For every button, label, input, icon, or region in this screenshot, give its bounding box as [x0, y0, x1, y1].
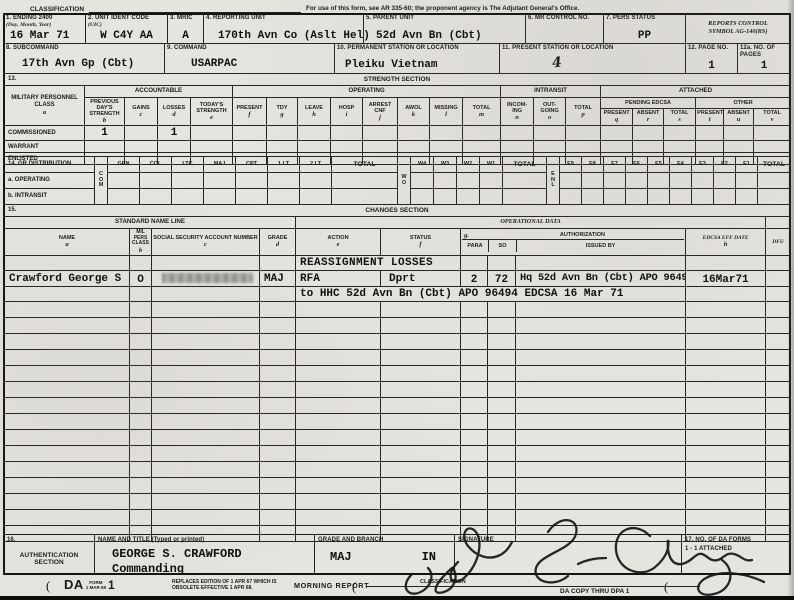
col-out-going: OUT- GOINGo: [534, 98, 566, 126]
footer-paren-left: (: [46, 578, 50, 594]
strength-cell: [267, 126, 298, 141]
col-wo-w4: W4: [411, 157, 434, 173]
strength-cell: [125, 126, 158, 141]
changes-row-empty: [5, 493, 791, 509]
col-authorization: g. AUTHORIZATION PARA SO ISSUED BY: [461, 229, 686, 256]
subcommand-value: 17th Avn Gp (Cbt): [22, 58, 134, 70]
col-wo: W O: [398, 157, 411, 205]
col-gen: GEN: [108, 157, 140, 173]
strength-cell: [664, 126, 696, 141]
strength-cell: [724, 126, 754, 141]
no-of-pages-value: 1: [738, 60, 790, 72]
strength-cell: [724, 141, 754, 153]
col-ltc: LTC: [172, 157, 204, 173]
col-wo-total: TOTAL: [503, 157, 547, 173]
uic-value: W C4Y AA: [86, 30, 167, 42]
changes-row-empty: [5, 413, 791, 429]
gr-cell: [204, 173, 236, 189]
changes-row-empty: [5, 365, 791, 381]
gr-cell: [626, 189, 648, 205]
changes-row-empty: [5, 429, 791, 445]
gr-cell: [560, 189, 582, 205]
standard-name-line-header: STANDARD NAME LINE: [5, 217, 296, 229]
col-1-lt: 1 LT: [268, 157, 300, 173]
col-issued-by: ISSUED BY: [517, 240, 684, 252]
col-total: TOTALp: [566, 98, 601, 126]
col-awol: AWOLk: [398, 98, 430, 126]
command-value: USARPAC: [191, 58, 237, 70]
strength-row-commissioned: COMMISSIONED11: [5, 126, 791, 141]
strength-cell: [696, 141, 724, 153]
reports-control-symbol: REPORTS CONTROL SYMBOL AG-140(RS): [686, 13, 790, 44]
entry-para: 2: [461, 270, 488, 286]
gr-cell: [582, 173, 604, 189]
changes-row-empty: [5, 445, 791, 461]
strength-cell: [298, 141, 331, 153]
gr-cell: [332, 189, 398, 205]
gr-cell: [140, 189, 172, 205]
field-permanent-station: 10. PERMANENT STATION OR LOCATION Pleiku…: [335, 43, 500, 74]
col-today-s-strength: TODAY'S STRENGTHe: [191, 98, 233, 126]
strength-cell: [463, 126, 501, 141]
strength-cell: [158, 141, 191, 153]
strength-cell: [191, 126, 233, 141]
changes-row-empty: [5, 349, 791, 365]
strength-cell: [633, 141, 664, 153]
entry-ssan: [152, 270, 260, 286]
entry-action: RFA: [296, 270, 381, 286]
col-enl-e5: E5: [648, 157, 670, 173]
gr-cell: [758, 173, 791, 189]
col-previous-day-s-strength: PREVIOUS DAY'S STRENGTHb: [85, 98, 125, 126]
gr-cell: [108, 173, 140, 189]
col-enl-e9: E9: [560, 157, 582, 173]
entry-issued-by: Hq 52d Avn Bn (Cbt) APO 96494: [516, 270, 686, 286]
gr-cell: [204, 189, 236, 205]
usage-note: For use of this form, see AR 335-60; the…: [306, 5, 579, 13]
gr-cell: [714, 189, 736, 205]
strength-row-warrant: WARRANT: [5, 141, 791, 153]
strength-cell: [331, 126, 363, 141]
scan-edge: [0, 596, 794, 600]
field-page-no: 12. PAGE NO. 1: [686, 43, 738, 74]
col-col: COL: [140, 157, 172, 173]
col-action: ACTIONe: [296, 229, 381, 256]
col-gains: GAINSc: [125, 98, 158, 126]
authentication-label-cell: 16. AUTHENTICATION SECTION: [4, 535, 95, 575]
gr-cell: [411, 173, 434, 189]
gr-cell: [457, 189, 480, 205]
gr-cell: [457, 173, 480, 189]
strength-cell: [501, 141, 534, 153]
entry-pers-class: O: [130, 270, 152, 286]
gr-cell: [692, 189, 714, 205]
morning-report-form: CLASSIFICATION For use of this form, see…: [0, 0, 794, 600]
col-other-total: TOTALv: [754, 108, 791, 125]
strength-cell: [298, 126, 331, 141]
field-mric: 3. MRIC A: [168, 13, 204, 44]
grade-value: MAJ: [330, 550, 352, 564]
strength-cell: [501, 126, 534, 141]
gr-cell: [300, 189, 332, 205]
authentication-label: AUTHENTICATION SECTION: [7, 552, 91, 567]
strength-cell: [233, 126, 267, 141]
parent-unit-value: 52d Avn Bn (Cbt): [376, 30, 482, 42]
changes-row-empty: [5, 461, 791, 477]
strength-cell: [267, 141, 298, 153]
gr-cell: [560, 173, 582, 189]
gr-cell: [332, 173, 398, 189]
gr-cell: [503, 189, 547, 205]
col-present: PRESENTf: [233, 98, 267, 126]
strength-cell: [754, 126, 791, 141]
entry-continuation: to HHC 52d Avn Bn (Cbt) APO 96494 EDCSA …: [296, 286, 686, 301]
changes-row-entry: Crawford George S O MAJ RFA Dprt 2 72 Hq…: [5, 270, 791, 286]
changes-body: REASSIGNMENT LOSSES Crawford George S O …: [5, 255, 791, 541]
strength-cell: [191, 141, 233, 153]
group-operating: OPERATING: [233, 86, 501, 98]
field-unit-ident-code: 2. UNIT IDENT CODE (UIC) W C4Y AA: [86, 13, 168, 44]
col-tdy: TDYg: [267, 98, 298, 126]
gr-cell: [670, 189, 692, 205]
authenticator-name: GEORGE S. CRAWFORD: [112, 547, 311, 561]
gr-cell: [434, 189, 457, 205]
changes-table: STANDARD NAME LINE OPERATIONAL DATA NAME…: [4, 216, 791, 542]
field-ending-2400: 1. ENDING 2400 (Day, Month, Year) 16 Mar…: [4, 13, 86, 44]
gr-cell: [480, 189, 503, 205]
pers-status-value: PP: [604, 30, 685, 42]
gr-cell: [108, 189, 140, 205]
changes-row-empty: [5, 381, 791, 397]
col-other-present: PRESENTt: [696, 108, 724, 125]
strength-cell: [85, 141, 125, 153]
entry-name: Crawford George S: [5, 270, 130, 286]
field-pers-status: 7. PERS STATUS PP: [604, 13, 686, 44]
field-subcommand: 8. SUBCOMMAND 17th Avn Gp (Cbt): [4, 43, 165, 74]
strength-cell: [534, 126, 566, 141]
gr-cell: [692, 173, 714, 189]
gr-cell: [172, 189, 204, 205]
strength-cell: [363, 126, 398, 141]
strength-cell: 1: [158, 126, 191, 141]
gr-cell: [648, 189, 670, 205]
changes-row-empty: [5, 333, 791, 349]
footer-paren-mid: (: [352, 579, 356, 595]
col-wo-w1: W1: [480, 157, 503, 173]
strength-cell: [754, 141, 791, 153]
gr-cell: [670, 173, 692, 189]
col-missing: MISSINGl: [430, 98, 463, 126]
col-pending-edcsa-absent: ABSENTr: [633, 108, 664, 125]
col-enl: E N L: [547, 157, 560, 205]
ending-date-value: 16 Mar 71: [10, 30, 69, 42]
subgroup-other: OTHER: [696, 98, 791, 109]
form-number-block: DA FORM1 MAR 69 1: [64, 577, 115, 592]
gr-cell: [582, 189, 604, 205]
col-wo-w2: W2: [457, 157, 480, 173]
field-parent-unit: 5. PARENT UNIT 52d Avn Bn (Cbt): [364, 13, 526, 44]
strength-cell: [463, 141, 501, 153]
authenticator-title: Commanding: [112, 562, 311, 576]
col-ssan: SOCIAL SECURITY ACCOUNT NUMBERc: [152, 229, 260, 256]
gr-cell: [236, 173, 268, 189]
strength-cell: [534, 141, 566, 153]
strength-cell: [125, 141, 158, 153]
gr-cell: [714, 173, 736, 189]
col-enl-total: TOTAL: [758, 157, 791, 173]
gr-cell: [411, 189, 434, 205]
col-enl-e2: E2: [714, 157, 736, 173]
col-edcsa: EDCSA EFF DATEh: [686, 229, 766, 256]
col-arrest-cnf: ARREST CNFj: [363, 98, 398, 126]
strength-cell: [331, 141, 363, 153]
strength-cell: 1: [85, 126, 125, 141]
col-cpt: CPT: [236, 157, 268, 173]
col-pending-edcsa-total: TOTALs: [664, 108, 696, 125]
col-name: NAMEa: [5, 229, 130, 256]
ssn-redacted: [162, 273, 253, 283]
dfu-top-cell: [766, 217, 791, 229]
changes-row-empty: [5, 317, 791, 333]
strength-cell: [601, 141, 633, 153]
gr-cell: [604, 189, 626, 205]
page-no-value: 1: [686, 60, 737, 72]
replaces-note: REPLACES EDITION OF 1 APR 67 WHICH IS OB…: [172, 579, 290, 592]
gr-distribution-label: 14. GR DISTRIBUTION: [5, 157, 95, 173]
col-wo-w3: W3: [434, 157, 457, 173]
field-command: 9. COMMAND USARPAC: [165, 43, 335, 74]
col-hosp: HOSPi: [331, 98, 363, 126]
col-enl-e1: E1: [736, 157, 758, 173]
strength-cell: [398, 141, 430, 153]
col-2-lt: 2 LT: [300, 157, 332, 173]
strength-cell: [430, 141, 463, 153]
reporting-unit-value: 170th Avn Co (Aslt Hel): [218, 30, 370, 42]
strength-cell: [566, 126, 601, 141]
strength-cell: [398, 126, 430, 141]
col-mil-pers-class: MIL PERS CLASSb: [130, 229, 152, 256]
action-heading: REASSIGNMENT LOSSES: [296, 255, 461, 270]
permanent-station-value: Pleiku Vietnam: [345, 59, 437, 71]
col-enl-e4: E4: [670, 157, 692, 173]
header-row-1: 1. ENDING 2400 (Day, Month, Year) 16 Mar…: [4, 13, 790, 44]
strength-cell: [696, 126, 724, 141]
strength-cell: [233, 141, 267, 153]
gr-cell: [172, 173, 204, 189]
gr-cell: [648, 173, 670, 189]
col-enl-e3: E3: [692, 157, 714, 173]
group-attached: ATTACHED: [601, 86, 791, 98]
col-status: STATUSf: [381, 229, 461, 256]
classification-blank-line: [89, 4, 301, 13]
form-title: MORNING REPORT: [294, 581, 369, 590]
strength-cell: [430, 126, 463, 141]
gr-cell: [236, 189, 268, 205]
strength-table: MILITARY PERSONNEL CLASSaACCOUNTABLEOPER…: [4, 85, 791, 165]
strength-section-title: STRENGTH SECTION: [4, 76, 790, 83]
gr-cell: [758, 189, 791, 205]
col-enl-e8: E8: [582, 157, 604, 173]
header-row-2: 8. SUBCOMMAND 17th Avn Gp (Cbt) 9. COMMA…: [4, 43, 790, 74]
col-losses: LOSSESd: [158, 98, 191, 126]
gr-cell: [503, 173, 547, 189]
top-classification-line: CLASSIFICATION For use of this form, see…: [4, 1, 790, 13]
gr-cell: [300, 173, 332, 189]
subgroup-pending-edcsa: PENDING EDCSA: [601, 98, 696, 109]
changes-row-empty: [5, 397, 791, 413]
gr-cell: [140, 173, 172, 189]
field-present-station: 11. PRESENT STATION OR LOCATION 4: [500, 43, 686, 74]
gr-cell: [736, 173, 758, 189]
strength-cell: [601, 126, 633, 141]
changes-row-empty: [5, 301, 791, 317]
group-intransit: INTRANSIT: [501, 86, 601, 98]
field-reporting-unit: 4. REPORTING UNIT 170th Avn Co (Aslt Hel…: [204, 13, 364, 44]
col-leave: LEAVEh: [298, 98, 331, 126]
col-enl-e6: E6: [626, 157, 648, 173]
changes-row-continuation: to HHC 52d Avn Bn (Cbt) APO 96494 EDCSA …: [5, 286, 791, 301]
signature: [388, 512, 794, 600]
authentication-number: 16.: [7, 537, 91, 544]
strength-cell: [566, 141, 601, 153]
col-com: C O M: [95, 157, 108, 205]
gr-cell: [480, 173, 503, 189]
strength-cell: [664, 141, 696, 153]
col-incom-ing: INCOM- INGn: [501, 98, 534, 126]
col-other-absent: ABSENTu: [724, 108, 754, 125]
field-mr-control-no: 6. MR CONTROL NO.: [526, 13, 604, 44]
col-grade: GRADEd: [260, 229, 296, 256]
entry-edcsa: 16Mar71: [686, 270, 766, 286]
col-dfu: DFU: [766, 229, 791, 256]
present-station-value: 4: [552, 54, 562, 72]
col-so: SO: [489, 240, 517, 252]
group-accountable: ACCOUNTABLE: [85, 86, 233, 98]
mric-value: A: [168, 30, 203, 42]
changes-row-heading: REASSIGNMENT LOSSES: [5, 255, 791, 270]
strength-cell: [363, 141, 398, 153]
col-maj: MAJ: [204, 157, 236, 173]
col-military-personnel-class: MILITARY PERSONNEL CLASSa: [5, 86, 85, 126]
name-title-cell: NAME AND TITLE (Typed or printed) GEORGE…: [95, 535, 315, 575]
field-no-of-pages: 12a. NO. OF PAGES 1: [738, 43, 790, 74]
col-total: TOTALm: [463, 98, 501, 126]
gr-cell: [268, 189, 300, 205]
entry-grade: MAJ: [260, 270, 296, 286]
gr-cell: [626, 173, 648, 189]
gr-distribution-table: 14. GR DISTRIBUTIONC O MGENCOLLTCMAJCPT1…: [4, 156, 791, 205]
col-pending-edcsa-present: PRESENTq: [601, 108, 633, 125]
entry-status: Dprt: [381, 270, 461, 286]
entry-so: 72: [488, 270, 516, 286]
strength-cell: [633, 126, 664, 141]
gr-cell: [604, 173, 626, 189]
gr-cell: [736, 189, 758, 205]
name-title-label: NAME AND TITLE (Typed or printed): [98, 537, 311, 544]
gr-cell: [434, 173, 457, 189]
classification-label: CLASSIFICATION: [30, 6, 84, 13]
changes-section-title: CHANGES SECTION: [4, 207, 790, 214]
gr-cell: [268, 173, 300, 189]
operational-data-header: OPERATIONAL DATA: [296, 217, 766, 229]
changes-row-empty: [5, 477, 791, 493]
col-total: TOTAL: [332, 157, 398, 173]
col-para: PARA: [462, 240, 489, 252]
col-enl-e7: E7: [604, 157, 626, 173]
